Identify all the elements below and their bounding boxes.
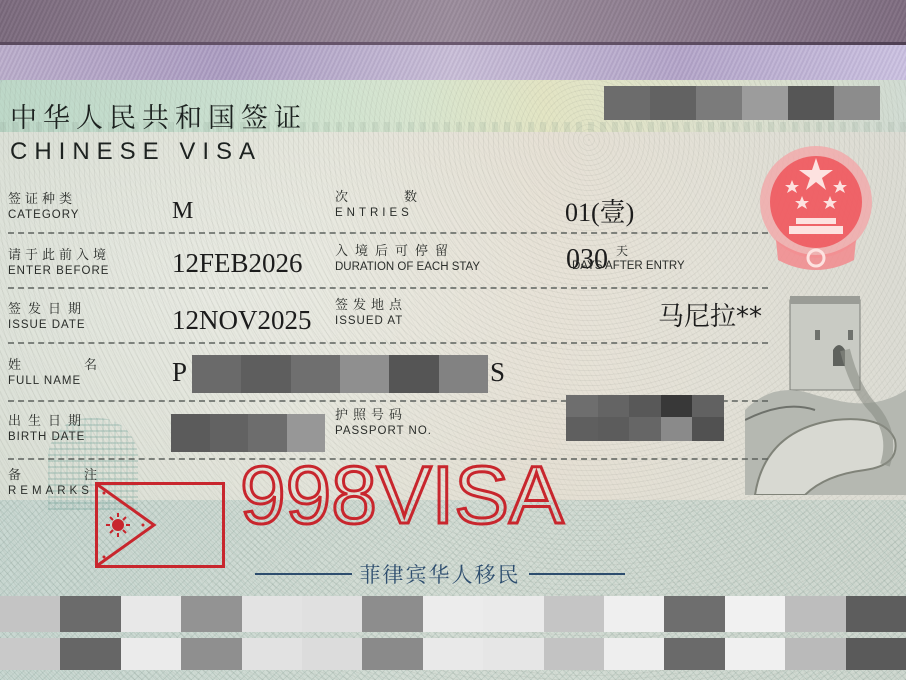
redacted-passport-number-bottom bbox=[566, 417, 724, 441]
redaction-block bbox=[566, 395, 598, 417]
redacted-full-name bbox=[192, 355, 488, 393]
entries-label-en: ENTRIES bbox=[335, 206, 427, 220]
watermark-subtitle: 菲律宾华人移民 bbox=[255, 560, 625, 588]
redacted-passport-number-top bbox=[566, 395, 724, 417]
redaction-block bbox=[661, 395, 693, 417]
national-emblem-icon bbox=[756, 140, 876, 280]
redaction-block bbox=[598, 395, 630, 417]
visa-title-english: CHINESE VISA bbox=[10, 138, 262, 166]
redaction-block bbox=[340, 355, 389, 393]
category-label: 签证种类 CATEGORY bbox=[8, 192, 79, 222]
issued-at-label: 签发地点 ISSUED AT bbox=[335, 298, 407, 328]
watermark-brand: 998VISA bbox=[240, 455, 564, 537]
entries-label-cn: 次 数 bbox=[335, 190, 427, 206]
redaction-block bbox=[181, 638, 241, 670]
redaction-block bbox=[60, 638, 120, 670]
redaction-block bbox=[846, 596, 906, 632]
philippine-flag-outline-icon bbox=[98, 485, 222, 565]
redaction-block bbox=[834, 86, 880, 120]
redaction-block bbox=[302, 596, 362, 632]
duration-label: 入境后可停留 DURATION OF EACH STAY bbox=[335, 244, 480, 274]
redaction-block bbox=[60, 596, 120, 632]
redaction-block bbox=[604, 596, 664, 632]
passport-no-label-cn: 护照号码 bbox=[335, 408, 432, 424]
redaction-block bbox=[598, 417, 630, 441]
redaction-block bbox=[846, 638, 906, 670]
redaction-block bbox=[664, 596, 724, 632]
divider-line bbox=[255, 573, 352, 575]
redaction-block bbox=[629, 417, 661, 441]
redaction-block bbox=[544, 638, 604, 670]
redaction-block bbox=[389, 355, 438, 393]
enter-before-value: 12FEB2026 bbox=[172, 248, 303, 279]
enter-before-label-cn: 请于此前入境 bbox=[8, 248, 110, 264]
entries-label: 次 数 ENTRIES bbox=[335, 190, 427, 220]
category-label-cn: 签证种类 bbox=[8, 192, 79, 208]
redaction-block bbox=[423, 596, 483, 632]
watermark-subtitle-text: 菲律宾华人移民 bbox=[360, 559, 521, 589]
issue-date-label-en: ISSUE DATE bbox=[8, 318, 88, 332]
redaction-block bbox=[242, 596, 302, 632]
redaction-block bbox=[0, 596, 60, 632]
watermark-logo bbox=[95, 482, 225, 568]
redaction-block bbox=[629, 395, 661, 417]
redaction-block bbox=[785, 638, 845, 670]
remarks-label: 备 注 REMARKS bbox=[8, 468, 103, 498]
passport-back-page bbox=[0, 0, 906, 90]
row-divider bbox=[8, 232, 768, 234]
birth-date-label: 出生日期 BIRTH DATE bbox=[8, 414, 88, 444]
full-name-value-start: P bbox=[172, 357, 187, 388]
issue-date-value: 12NOV2025 bbox=[172, 305, 312, 336]
redaction-block bbox=[742, 86, 788, 120]
page-edge bbox=[0, 42, 906, 45]
passport-no-label: 护照号码 PASSPORT NO. bbox=[335, 408, 432, 438]
redaction-block bbox=[604, 638, 664, 670]
redaction-block bbox=[121, 596, 181, 632]
redaction-block bbox=[439, 355, 488, 393]
redaction-block bbox=[121, 638, 181, 670]
duration-unit-cn: 天 bbox=[616, 242, 628, 259]
redaction-block bbox=[287, 414, 326, 452]
great-wall-illustration-icon bbox=[745, 290, 906, 495]
redaction-block bbox=[604, 86, 650, 120]
redaction-block bbox=[696, 86, 742, 120]
duration-unit-en: DAYS AFTER ENTRY bbox=[572, 260, 685, 272]
category-label-en: CATEGORY bbox=[8, 208, 79, 222]
full-name-label: 姓 名 FULL NAME bbox=[8, 358, 103, 388]
redaction-block bbox=[544, 596, 604, 632]
redacted-mrz-line-2 bbox=[0, 638, 906, 670]
full-name-value-end: S bbox=[490, 357, 505, 388]
category-value: M bbox=[172, 198, 193, 225]
enter-before-label: 请于此前入境 ENTER BEFORE bbox=[8, 248, 110, 278]
redacted-mrz-line-1 bbox=[0, 596, 906, 632]
redaction-block bbox=[692, 417, 724, 441]
redaction-block bbox=[210, 414, 249, 452]
redaction-block bbox=[248, 414, 287, 452]
redacted-birth-date bbox=[171, 414, 325, 452]
passport-no-label-en: PASSPORT NO. bbox=[335, 424, 432, 438]
redaction-block bbox=[423, 638, 483, 670]
redaction-block bbox=[725, 638, 785, 670]
redaction-block bbox=[788, 86, 834, 120]
row-divider bbox=[8, 342, 768, 344]
duration-label-cn: 入境后可停留 bbox=[335, 244, 480, 260]
row-divider bbox=[8, 287, 768, 289]
redaction-block bbox=[302, 638, 362, 670]
redaction-block bbox=[692, 395, 724, 417]
redaction-block bbox=[241, 355, 290, 393]
full-name-label-en: FULL NAME bbox=[8, 374, 103, 388]
redaction-block bbox=[242, 638, 302, 670]
birth-date-label-en: BIRTH DATE bbox=[8, 430, 88, 444]
issued-at-value: 马尼拉** bbox=[658, 296, 762, 333]
redaction-block bbox=[725, 596, 785, 632]
redaction-block bbox=[661, 417, 693, 441]
remarks-label-en: REMARKS bbox=[8, 484, 103, 498]
redaction-block bbox=[362, 596, 422, 632]
redaction-block bbox=[650, 86, 696, 120]
issue-date-label-cn: 签发日期 bbox=[8, 302, 88, 318]
redaction-block bbox=[566, 417, 598, 441]
redacted-visa-number bbox=[604, 86, 880, 120]
redaction-block bbox=[0, 638, 60, 670]
redaction-block bbox=[171, 414, 210, 452]
issued-at-label-en: ISSUED AT bbox=[335, 314, 407, 328]
visa-title-chinese: 中华人民共和国签证 bbox=[10, 96, 307, 135]
entries-value: 01(壹) bbox=[565, 192, 634, 229]
redaction-block bbox=[483, 638, 543, 670]
redaction-block bbox=[181, 596, 241, 632]
issued-at-label-cn: 签发地点 bbox=[335, 298, 407, 314]
enter-before-label-en: ENTER BEFORE bbox=[8, 264, 110, 278]
birth-date-label-cn: 出生日期 bbox=[8, 414, 88, 430]
redaction-block bbox=[362, 638, 422, 670]
remarks-label-cn: 备 注 bbox=[8, 468, 103, 484]
divider-line bbox=[529, 573, 626, 575]
duration-label-en: DURATION OF EACH STAY bbox=[335, 260, 480, 274]
issue-date-label: 签发日期 ISSUE DATE bbox=[8, 302, 88, 332]
redaction-block bbox=[192, 355, 241, 393]
redaction-block bbox=[664, 638, 724, 670]
redaction-block bbox=[291, 355, 340, 393]
redaction-block bbox=[785, 596, 845, 632]
redaction-block bbox=[483, 596, 543, 632]
full-name-label-cn: 姓 名 bbox=[8, 358, 103, 374]
